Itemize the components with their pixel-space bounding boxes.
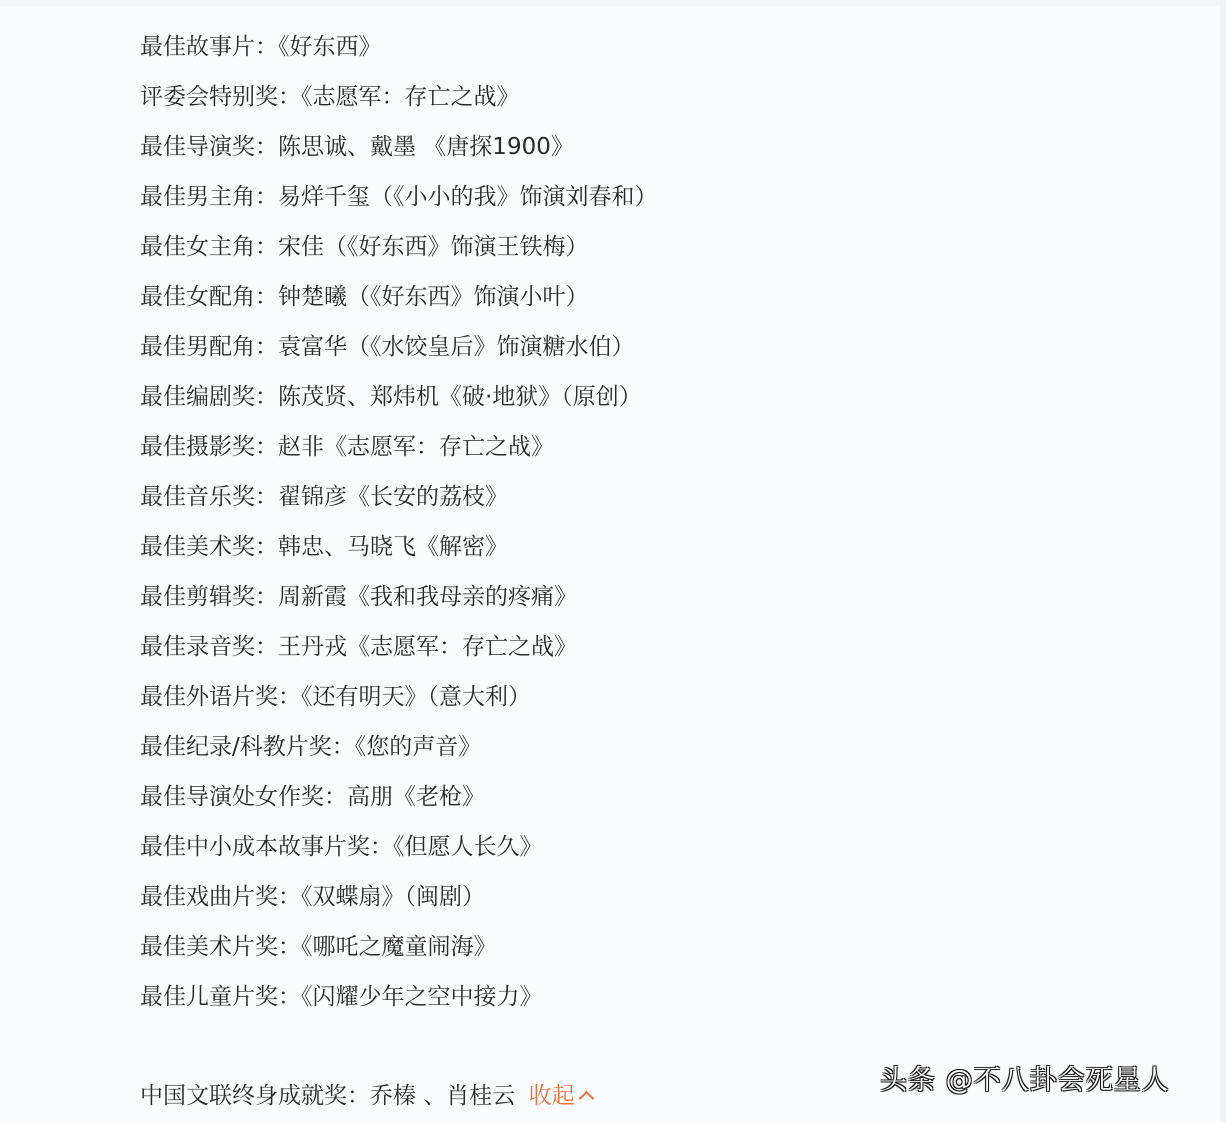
- award-item-best-supporting-actress: 最佳女配角：钟楚曦（《好东西》饰演小叶）: [140, 272, 658, 322]
- award-item-best-cinematography: 最佳摄影奖：赵非《志愿军：存亡之战》: [140, 422, 658, 472]
- award-item-best-children-film: 最佳儿童片奖：《闪耀少年之空中接力》: [140, 972, 658, 1022]
- chevron-up-icon[interactable]: [578, 1091, 594, 1107]
- lifetime-achievement-row: 中国文联终身成就奖：乔榛 、肖桂云 收起: [140, 1072, 592, 1120]
- award-item-best-actor: 最佳男主角：易烊千玺（《小小的我》饰演刘春和）: [140, 172, 658, 222]
- award-item-best-music: 最佳音乐奖：翟锦彦《长安的荔枝》: [140, 472, 658, 522]
- lifetime-achievement-text: 中国文联终身成就奖：乔榛 、肖桂云: [140, 1083, 515, 1109]
- award-item-jury-special-award: 评委会特别奖：《志愿军：存亡之战》: [140, 72, 658, 122]
- award-item-best-sound: 最佳录音奖：王丹戎《志愿军：存亡之战》: [140, 622, 658, 672]
- award-item-best-actress: 最佳女主角：宋佳（《好东西》饰演王铁梅）: [140, 222, 658, 272]
- award-list: 最佳故事片：《好东西》 评委会特别奖：《志愿军：存亡之战》 最佳导演奖：陈思诚、…: [140, 22, 658, 1022]
- collapse-button[interactable]: 收起: [529, 1083, 592, 1109]
- award-item-best-animated-film: 最佳美术片奖：《哪吒之魔童闹海》: [140, 922, 658, 972]
- collapse-label[interactable]: 收起: [529, 1083, 575, 1109]
- award-item-best-debut-director: 最佳导演处女作奖：高朋《老枪》: [140, 772, 658, 822]
- award-item-best-opera-film: 最佳戏曲片奖：《双蝶扇》（闽剧）: [140, 872, 658, 922]
- award-item-best-low-budget-film: 最佳中小成本故事片奖：《但愿人长久》: [140, 822, 658, 872]
- award-item-best-art-direction: 最佳美术奖：韩忠、马晓飞《解密》: [140, 522, 658, 572]
- right-edge-divider: [1220, 0, 1226, 1122]
- award-item-best-editing: 最佳剪辑奖：周新霞《我和我母亲的疼痛》: [140, 572, 658, 622]
- top-divider: [0, 0, 1226, 6]
- award-item-best-documentary: 最佳纪录/科教片奖：《您的声音》: [140, 722, 658, 772]
- watermark: 头条 @不八卦会死星人: [880, 1058, 1170, 1097]
- award-item-best-foreign-film: 最佳外语片奖：《还有明天》（意大利）: [140, 672, 658, 722]
- award-item-best-supporting-actor: 最佳男配角：袁富华（《水饺皇后》饰演糖水伯）: [140, 322, 658, 372]
- award-item-best-screenplay: 最佳编剧奖：陈茂贤、郑炜机《破·地狱》（原创）: [140, 372, 658, 422]
- award-item-best-director: 最佳导演奖：陈思诚、戴墨 《唐探1900》: [140, 122, 658, 172]
- award-item-best-feature-film: 最佳故事片：《好东西》: [140, 22, 658, 72]
